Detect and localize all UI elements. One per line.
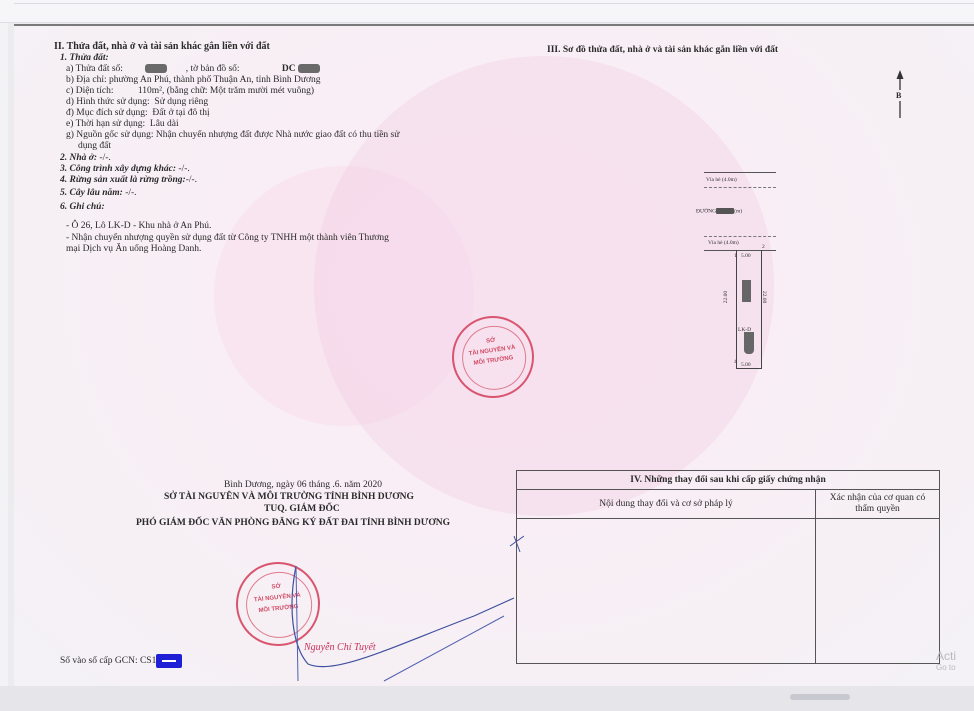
changes-table-title-row: IV. Những thay đổi sau khi cấp giấy chứn… [517,471,940,490]
activate-line-2: Go to [936,662,956,674]
area-row: c) Diện tích: 110m², (bằng chữ: Một trăm… [66,86,314,97]
handwritten-signature-icon [274,506,524,686]
area-label: c) Diện tích: [66,86,113,96]
parcel-number-row: a) Thửa đất số: , tờ bản đồ số: DC [66,64,322,75]
gcn-number-row: Số vào sổ cấp GCN: CS1 [60,654,182,668]
section-2-title: II. Thửa đất, nhà ở và tài sản khác gắn … [54,41,270,52]
road-suffix: (m) [734,208,742,214]
perennial-trees-row: 5. Cây lâu năm: -/-. [60,188,137,199]
length-right: 22.00 [761,291,767,303]
redacted-gcn-number [156,654,182,668]
changes-table-body-row [517,519,940,664]
corner-2: 2 [762,244,765,250]
corner-4: 4 [734,359,737,365]
changes-col-content: Nội dung thay đổi và cơ sở pháp lý [517,490,816,519]
road-prefix: ĐƯỜNG [696,208,716,214]
other-construction-row: 3. Công trình xây dựng khác: -/-. [60,164,190,175]
redacted-parcel-mark [742,280,751,302]
usage-purpose-row: đ) Mục đích sử dụng: Đất ở tại đô thị [66,108,210,119]
issuing-org: SỞ TÀI NGUYÊN VÀ MÔI TRƯỜNG TỈNH BÌNH DƯ… [164,492,414,503]
planted-forest-label: 4. Rừng sản xuất là rừng trồng: [60,175,186,185]
usage-term-row: e) Thời hạn sử dụng: Lâu dài [66,119,179,130]
section-3-title: III. Sơ đồ thửa đất, nhà ở và tài sản kh… [547,45,778,56]
redacted-lot-number [744,332,754,354]
redacted-road-name [716,208,734,214]
width-bottom: 5.00 [741,362,751,368]
signer-name: Nguyễn Chí Tuyết [304,642,376,653]
corner-1: 1 [734,253,737,259]
section-2-1-title: 1. Thửa đất: [60,53,109,64]
usage-form-row: d) Hình thức sử dụng: Sử dụng riêng [66,97,208,108]
top-divider [14,3,974,4]
changes-table-header-row: Nội dung thay đổi và cơ sở pháp lý Xác n… [517,490,940,519]
note-2-line1: - Nhận chuyển nhượng quyền sử dụng đất t… [66,233,389,244]
changes-col-authority: Xác nhận của cơ quan có thẩm quyền [816,490,940,519]
origin-row-line1: g) Nguồn gốc sử dụng: Nhận chuyển nhượng… [66,130,399,141]
sidewalk-top-label: Vỉa hè (4.0m) [706,177,737,183]
changes-authority-cell[interactable] [816,519,940,664]
note-2-line2: mại Dịch vụ Ăn uống Hoàng Danh. [66,244,201,255]
house-value: -/-. [99,153,110,163]
length-left: 22.00 [723,291,729,303]
other-construction-value: -/-. [178,164,189,174]
viewer-bottom-bar [0,686,974,711]
sidewalk-bottom-label: Vỉa hè (4.0m) [708,240,739,246]
north-label: B [896,90,901,101]
gcn-label: Số vào sổ cấp GCN: [60,656,138,666]
usage-purpose-value: Đất ở tại đô thị [152,108,209,118]
windows-activation-watermark: Acti Go to [936,650,956,674]
notes-title: 6. Ghi chú: [60,202,105,213]
map-sheet-label: , tờ bản đồ số: [186,64,240,74]
redacted-parcel-number [145,64,167,73]
sidewalk-bottom-dash [704,236,776,237]
perennial-trees-value: -/-. [125,188,136,198]
usage-purpose-label: đ) Mục đích sử dụng: [66,108,148,118]
area-value: 110m², (bằng chữ: Một trăm mười mét vuôn… [138,86,314,96]
gcn-value: CS1 [140,656,156,666]
origin-row-line2: dụng đất [78,141,111,152]
viewer-top-bar [0,0,974,23]
width-top: 5.00 [741,253,751,259]
usage-term-label: e) Thời hạn sử dụng: [66,119,145,129]
usage-form-label: d) Hình thức sử dụng: [66,97,150,107]
usage-term-value: Lâu dài [150,119,179,129]
sidewalk-top-line [704,172,776,173]
map-sheet-value: DC [282,64,296,74]
parcel-number-label: a) Thửa đất số: [66,64,123,74]
planted-forest-value: -/-. [186,175,197,185]
house-label: 2. Nhà ở: [60,153,97,163]
issue-date: Bình Dương, ngày 06 tháng .6. năm 2020 [224,480,382,491]
note-1: - Ô 26, Lô LK-D - Khu nhà ở An Phú. [66,221,211,232]
changes-table: IV. Những thay đổi sau khi cấp giấy chứn… [516,470,940,664]
address-row: b) Địa chỉ: phường An Phú, thành phố Thu… [66,75,321,86]
watermark-petal [214,166,474,426]
horizontal-scrollbar[interactable] [790,694,850,700]
activate-line-1: Acti [936,650,956,662]
road-label: ĐƯỜNG(m) [696,208,742,214]
window-left-gutter [0,0,8,711]
house-row: 2. Nhà ở: -/-. [60,153,111,164]
perennial-trees-label: 5. Cây lâu năm: [60,188,123,198]
changes-content-cell[interactable] [517,519,816,664]
usage-form-value: Sử dụng riêng [154,97,208,107]
other-construction-label: 3. Công trình xây dựng khác: [60,164,176,174]
section-4-title: IV. Những thay đổi sau khi cấp giấy chứn… [517,471,940,490]
sidewalk-top-dash [704,187,776,188]
certificate-page: II. Thửa đất, nhà ở và tài sản khác gắn … [14,24,974,686]
redacted-map-sheet [298,64,320,73]
planted-forest-row: 4. Rừng sản xuất là rừng trồng:-/-. [60,175,197,186]
